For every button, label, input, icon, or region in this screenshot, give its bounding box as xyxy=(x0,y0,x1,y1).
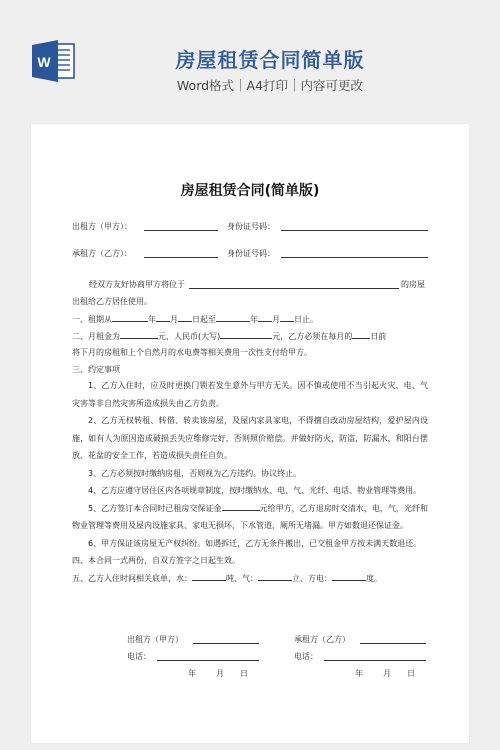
party-a-name-field[interactable] xyxy=(144,230,218,231)
svg-text:W: W xyxy=(37,54,51,70)
clause-3: 3、乙方必须按时缴纳房租，否则视为乙方违约。协议终止。 xyxy=(72,465,428,483)
term-start-month-field[interactable] xyxy=(156,313,170,322)
party-b-id-field[interactable] xyxy=(281,257,428,258)
clause-1: 1、乙方入住时，应及时更换门锁若发生意外与甲方无关。因不慎或使用不当引起火灾、电… xyxy=(72,377,428,412)
section-3-title: 三、约定事项 xyxy=(72,364,120,375)
signature-party-b-phone-field[interactable] xyxy=(324,660,426,661)
intro-text-2: 出租给乙方居住使用。 xyxy=(72,296,152,307)
signature-party-a-phone-field[interactable] xyxy=(157,660,259,661)
section-5: 五、乙方入住时间相关底单，水：吨、气：立、方电：度。 xyxy=(72,570,428,588)
header-subtitle: Word格式｜A4打印｜内容可更改 xyxy=(120,76,420,94)
document-page: 房屋租赁合同(简单版) 出租方（甲方）： 身份证号码： 承租方（乙方）： 身份证… xyxy=(31,124,469,743)
deposit-field[interactable] xyxy=(222,502,260,511)
clause-5: 5、乙方签订本合同时已租房交保证金元给甲方，乙方退房时交清水，电，气，光纤和物业… xyxy=(72,500,428,535)
signature-party-a-date: 年月日 xyxy=(188,668,248,679)
document-title: 房屋租赁合同(简单版) xyxy=(31,180,469,200)
rent-amount-field[interactable] xyxy=(120,330,158,339)
term-start-day-field[interactable] xyxy=(178,313,192,322)
clauses: 1、乙方入住时，应及时更换门锁若发生意外与甲方无关。因不慎或使用不当引起火灾、电… xyxy=(72,377,428,587)
signature-party-a-label: 出租方（甲方） xyxy=(127,634,183,645)
rent-capital-field[interactable] xyxy=(220,330,272,339)
signature-party-a-phone-label: 电话： xyxy=(127,651,151,662)
header: W 房屋租赁合同简单版 Word格式｜A4打印｜内容可更改 xyxy=(0,0,500,124)
rent-due-day-field[interactable] xyxy=(352,330,370,339)
section-4: 四、本合同一式两份，自双方签字之日起生效。 xyxy=(72,552,428,570)
gas-reading-field[interactable] xyxy=(258,572,292,581)
party-b-name-field[interactable] xyxy=(144,257,218,258)
party-a-id-field[interactable] xyxy=(281,230,428,231)
clause-6: 6、甲方保证该房屋无产权纠纷。如遇拆迁，乙方无条件搬出，已交租金甲方按未满天数退… xyxy=(72,535,428,553)
intro-text: 经双方友好协商甲方将位于 xyxy=(89,279,185,290)
term-start-year-field[interactable] xyxy=(112,313,148,322)
party-a-label: 出租方（甲方）： xyxy=(72,221,132,232)
word-icon: W xyxy=(32,40,76,82)
electricity-reading-field[interactable] xyxy=(332,572,366,581)
party-b-id-label: 身份证号码： xyxy=(227,248,275,259)
term-end-year-field[interactable] xyxy=(216,313,250,322)
clause-2: 2、乙方无权转租、转借、转卖该房屋，及屋内家具家电，不得擅自改动房屋结构，爱护屋… xyxy=(72,412,428,465)
water-reading-field[interactable] xyxy=(192,572,226,581)
party-a-id-label: 身份证号码： xyxy=(227,221,275,232)
signature-party-b-phone-label: 电话： xyxy=(294,651,318,662)
property-address-field[interactable] xyxy=(189,288,399,289)
signature-party-b-label: 承租方（乙方） xyxy=(294,634,350,645)
term-end-day-field[interactable] xyxy=(280,313,294,322)
rent-line-2: 将下月的房租和上个自然月的水电费等相关费用一次性支付给甲方。 xyxy=(72,347,312,358)
header-title: 房屋租赁合同简单版 xyxy=(120,44,420,73)
intro-text-end: 的房屋 xyxy=(401,279,425,290)
signature-party-b-field[interactable] xyxy=(360,643,426,644)
signature-party-a-field[interactable] xyxy=(193,643,259,644)
term-line: 一、租期从年月日起至年月日止。 xyxy=(72,313,318,325)
signature-party-b-date: 年月日 xyxy=(355,668,415,679)
clause-4: 4、乙方应遵守居住区内各项规章制度，按时缴纳水、电、气、光纤、电话、物业管理等费… xyxy=(72,482,428,500)
rent-line: 二、月租金为元，人民币(大写)元，乙方必须在每月的日前 xyxy=(72,330,386,342)
party-b-label: 承租方（乙方）： xyxy=(72,248,132,259)
term-end-month-field[interactable] xyxy=(258,313,272,322)
